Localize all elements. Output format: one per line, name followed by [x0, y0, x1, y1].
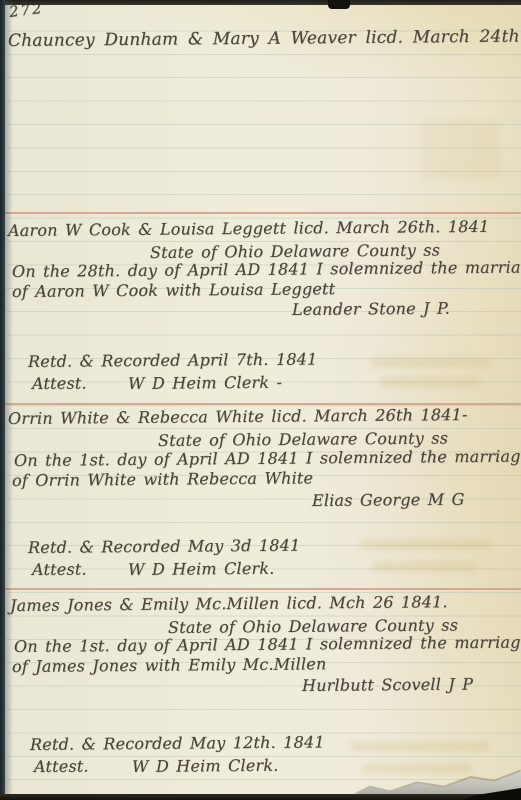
bleed-through-mark: [372, 562, 476, 571]
solemnization-line-1: On the 28th. day of April AD 1841 I sole…: [12, 257, 521, 281]
officiant-signature: Elias George M G: [312, 490, 465, 510]
attest-label: Attest.: [32, 560, 87, 579]
section-divider-rule: [4, 212, 521, 214]
solemnization-line-1: On the 1st. day of April AD 1841 I solem…: [14, 446, 521, 470]
entry-header-cook-leggett: Aaron W Cook & Louisa Leggett licd. Marc…: [8, 217, 489, 240]
returned-recorded-line: Retd. & Recorded April 7th. 1841: [28, 349, 318, 371]
returned-recorded-line: Retd. & Recorded May 3d 1841: [28, 536, 301, 557]
officiant-signature: Hurlbutt Scovell J P: [302, 675, 473, 695]
solemnization-line-2: of Aaron W Cook with Louisa Leggett: [12, 279, 335, 301]
bleed-through-mark: [350, 742, 490, 751]
torn-page-corner: [353, 766, 521, 796]
officiant-signature: Leander Stone J P.: [292, 299, 450, 319]
scan-edge-top: [0, 0, 521, 5]
attest-label: Attest.: [32, 374, 87, 393]
clerk-signature: W D Heim Clerk.: [132, 756, 279, 776]
solemnization-line-2: of James Jones with Emily Mc.Millen: [12, 654, 327, 676]
section-divider-rule: [4, 588, 521, 590]
bleed-through-mark: [362, 764, 472, 773]
solemnization-line-2: of Orrin White with Rebecca White: [12, 468, 313, 490]
scan-edge-bottom: [0, 794, 521, 800]
bleed-through-mark: [420, 120, 500, 180]
returned-recorded-line: Retd. & Recorded May 12th. 1841: [30, 732, 325, 754]
binding-shadow: [5, 0, 13, 800]
clerk-signature: W D Heim Clerk.: [128, 559, 275, 579]
clerk-signature: W D Heim Clerk -: [128, 373, 282, 393]
bleed-through-mark: [360, 540, 490, 549]
entry-header-dunham-weaver: Chauncey Dunham & Mary A Weaver licd. Ma…: [8, 26, 521, 51]
bleed-through-mark: [370, 358, 490, 367]
entry-header-white-white: Orrin White & Rebecca White licd. March …: [8, 405, 468, 428]
solemnization-line-1: On the 1st. day of April AD 1841 I solem…: [14, 632, 521, 656]
attest-label: Attest.: [34, 757, 89, 776]
entry-header-jones-mcmillen: James Jones & Emily Mc.Millen licd. Mch …: [10, 592, 448, 615]
bleed-through-mark: [380, 378, 480, 387]
marriage-record-page: 272 Chauncey Dunham & Mary A Weaver licd…: [0, 0, 521, 800]
scan-edge-notch: [328, 0, 350, 9]
